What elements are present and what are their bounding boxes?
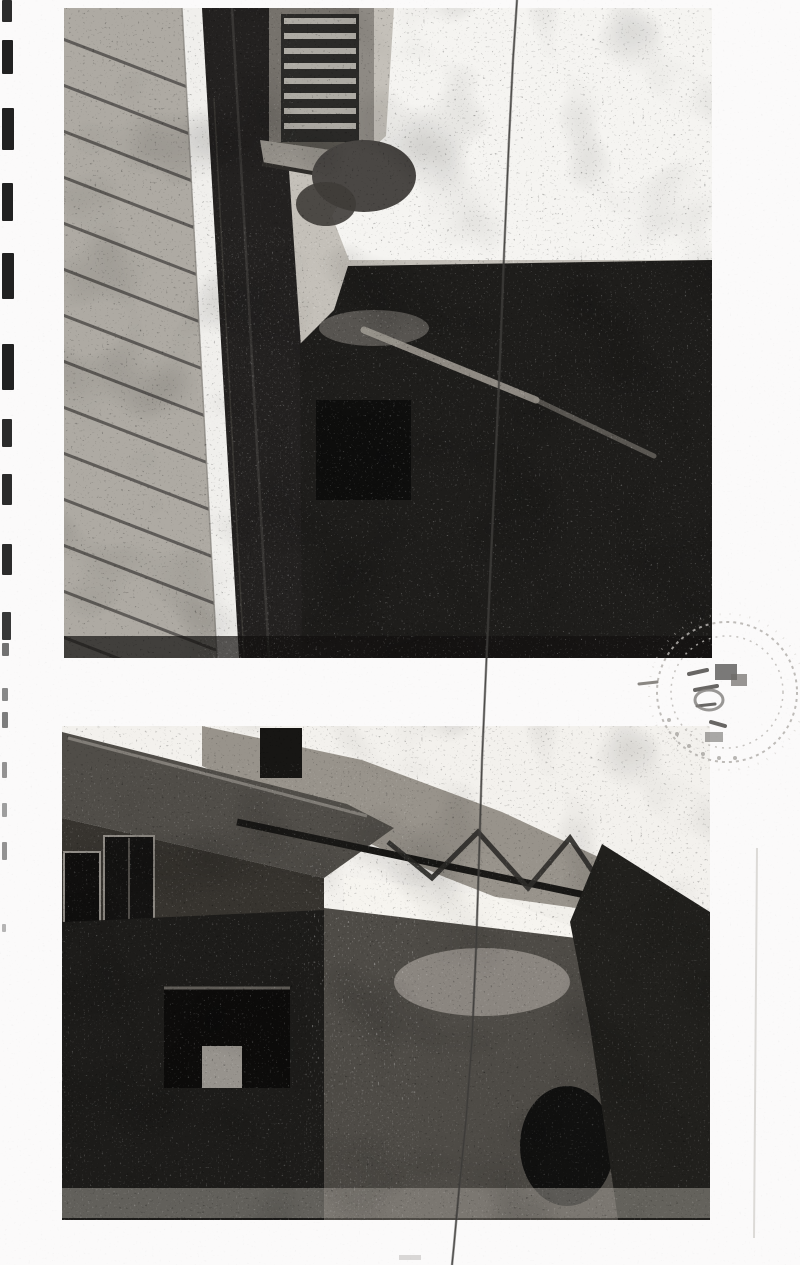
binding-mark — [2, 712, 8, 728]
top-photo — [34, 8, 712, 701]
bottom-tick — [399, 1255, 421, 1260]
bottom-photo — [62, 726, 710, 1220]
binding-mark — [2, 688, 8, 701]
scanned-page — [0, 0, 800, 1265]
binding-mark — [2, 842, 7, 860]
binding-mark — [2, 0, 12, 22]
binding-mark — [2, 612, 11, 640]
page-canvas — [0, 0, 800, 1265]
binding-mark — [2, 183, 13, 221]
binding-mark — [2, 924, 6, 932]
binding-marks — [0, 0, 20, 1265]
photo-grain-light-2 — [324, 876, 710, 1220]
binding-mark — [2, 762, 7, 778]
binding-mark — [2, 40, 13, 74]
binding-mark — [2, 803, 7, 817]
binding-mark — [2, 643, 9, 656]
binding-mark — [2, 544, 12, 575]
photo-grain-light-2 — [202, 8, 292, 658]
binding-mark — [2, 474, 12, 505]
binding-mark — [2, 344, 14, 390]
binding-mark — [2, 253, 14, 299]
binding-mark — [2, 419, 12, 447]
binding-mark — [2, 108, 14, 150]
photo-grain-light — [234, 248, 712, 658]
